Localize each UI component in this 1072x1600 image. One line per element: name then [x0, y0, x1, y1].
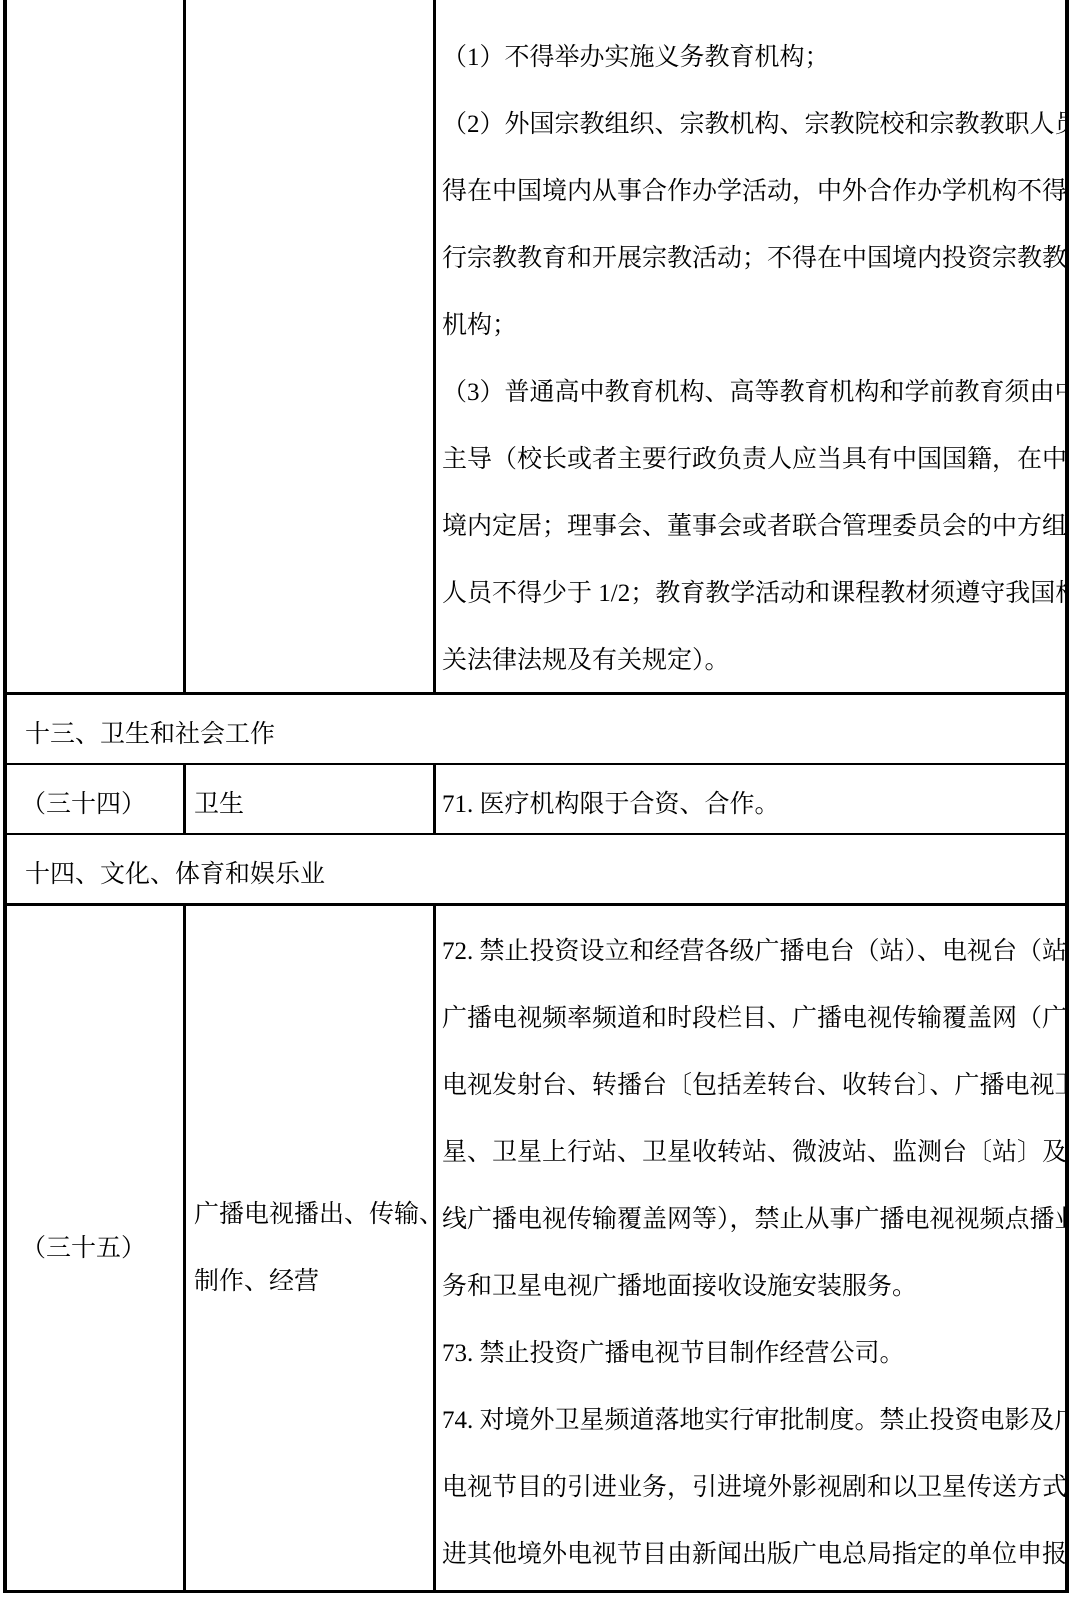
cell-measures-34: 71. 医疗机构限于合资、合作。 [436, 765, 1065, 833]
text-line: （2）外国宗教组织、宗教机构、宗教院校和宗教教职人员不 [442, 91, 1055, 158]
negative-list-table: （1）不得举办实施义务教育机构；（2）外国宗教组织、宗教机构、宗教院校和宗教教职… [3, 0, 1069, 1593]
row-number: （三十四） [21, 779, 183, 831]
text-line: 机构； [442, 292, 1055, 359]
text-line: 72. 禁止投资设立和经营各级广播电台（站）、电视台（站）、 [442, 918, 1055, 985]
text-line: 行宗教教育和开展宗教活动；不得在中国境内投资宗教教育 [442, 225, 1055, 292]
table-row-35: （三十五） 广播电视播出、传输、制作、经营 72. 禁止投资设立和经营各级广播电… [7, 906, 1065, 1590]
cell-category-35: 广播电视播出、传输、制作、经营 [186, 906, 436, 1590]
text-line: （1）不得举办实施义务教育机构； [442, 24, 1055, 91]
text-line: 境内定居；理事会、董事会或者联合管理委员会的中方组成 [442, 493, 1055, 560]
text-line: 制作、经营 [194, 1248, 433, 1315]
section-header-14: 十四、文化、体育和娱乐业 [7, 835, 1065, 903]
section-title: 十三、卫生和社会工作 [25, 709, 275, 761]
section-header-13: 十三、卫生和社会工作 [7, 695, 1065, 763]
text-line: 71. 医疗机构限于合资、合作。 [442, 779, 1065, 831]
cell-number-empty [7, 0, 186, 692]
document-page: （1）不得举办实施义务教育机构；（2）外国宗教组织、宗教机构、宗教院校和宗教教职… [0, 0, 1072, 1600]
row-category: 卫生 [194, 779, 433, 831]
text-line: 电视发射台、转播台〔包括差转台、收转台〕、广播电视卫 [442, 1052, 1055, 1119]
text-line: 广播电视频率频道和时段栏目、广播电视传输覆盖网（广播 [442, 985, 1055, 1052]
table-row-34: （三十四） 卫生 71. 医疗机构限于合资、合作。 [7, 765, 1065, 835]
section-title: 十四、文化、体育和娱乐业 [25, 849, 325, 901]
text-line: 得在中国境内从事合作办学活动，中外合作办学机构不得进 [442, 158, 1055, 225]
text-line: 进其他境外电视节目由新闻出版广电总局指定的单位申报。 [442, 1521, 1055, 1588]
text-line: 74. 对境外卫星频道落地实行审批制度。禁止投资电影及广播 [442, 1387, 1055, 1454]
row-number: （三十五） [21, 1215, 183, 1282]
text-line: 星、卫星上行站、卫星收转站、微波站、监测台〔站〕及有 [442, 1119, 1055, 1186]
cell-category-empty [186, 0, 436, 692]
section-header-row-13: 十三、卫生和社会工作 [7, 695, 1065, 765]
text-line: 人员不得少于 1/2；教育教学活动和课程教材须遵守我国相 [442, 560, 1055, 627]
cell-number-34: （三十四） [7, 765, 186, 833]
text-line: 务和卫星电视广播地面接收设施安装服务。 [442, 1253, 1055, 1320]
text-line: 线广播电视传输覆盖网等），禁止从事广播电视视频点播业 [442, 1186, 1055, 1253]
text-line: 73. 禁止投资广播电视节目制作经营公司。 [442, 1320, 1055, 1387]
section-header-row-14: 十四、文化、体育和娱乐业 [7, 835, 1065, 906]
cell-measures-education: （1）不得举办实施义务教育机构；（2）外国宗教组织、宗教机构、宗教院校和宗教教职… [436, 0, 1065, 692]
text-line: 广播电视播出、传输、 [194, 1181, 433, 1248]
text-line: 电视节目的引进业务，引进境外影视剧和以卫星传送方式引 [442, 1454, 1055, 1521]
cell-category-34: 卫生 [186, 765, 436, 833]
cell-number-35: （三十五） [7, 906, 186, 1590]
text-line: 主导（校长或者主要行政负责人应当具有中国国籍，在中国 [442, 426, 1055, 493]
table-row-education-continued: （1）不得举办实施义务教育机构；（2）外国宗教组织、宗教机构、宗教院校和宗教教职… [7, 0, 1065, 695]
cell-measures-35: 72. 禁止投资设立和经营各级广播电台（站）、电视台（站）、广播电视频率频道和时… [436, 906, 1065, 1590]
text-line: 关法律法规及有关规定）。 [442, 627, 1055, 692]
text-line: （3）普通高中教育机构、高等教育机构和学前教育须由中方 [442, 359, 1055, 426]
